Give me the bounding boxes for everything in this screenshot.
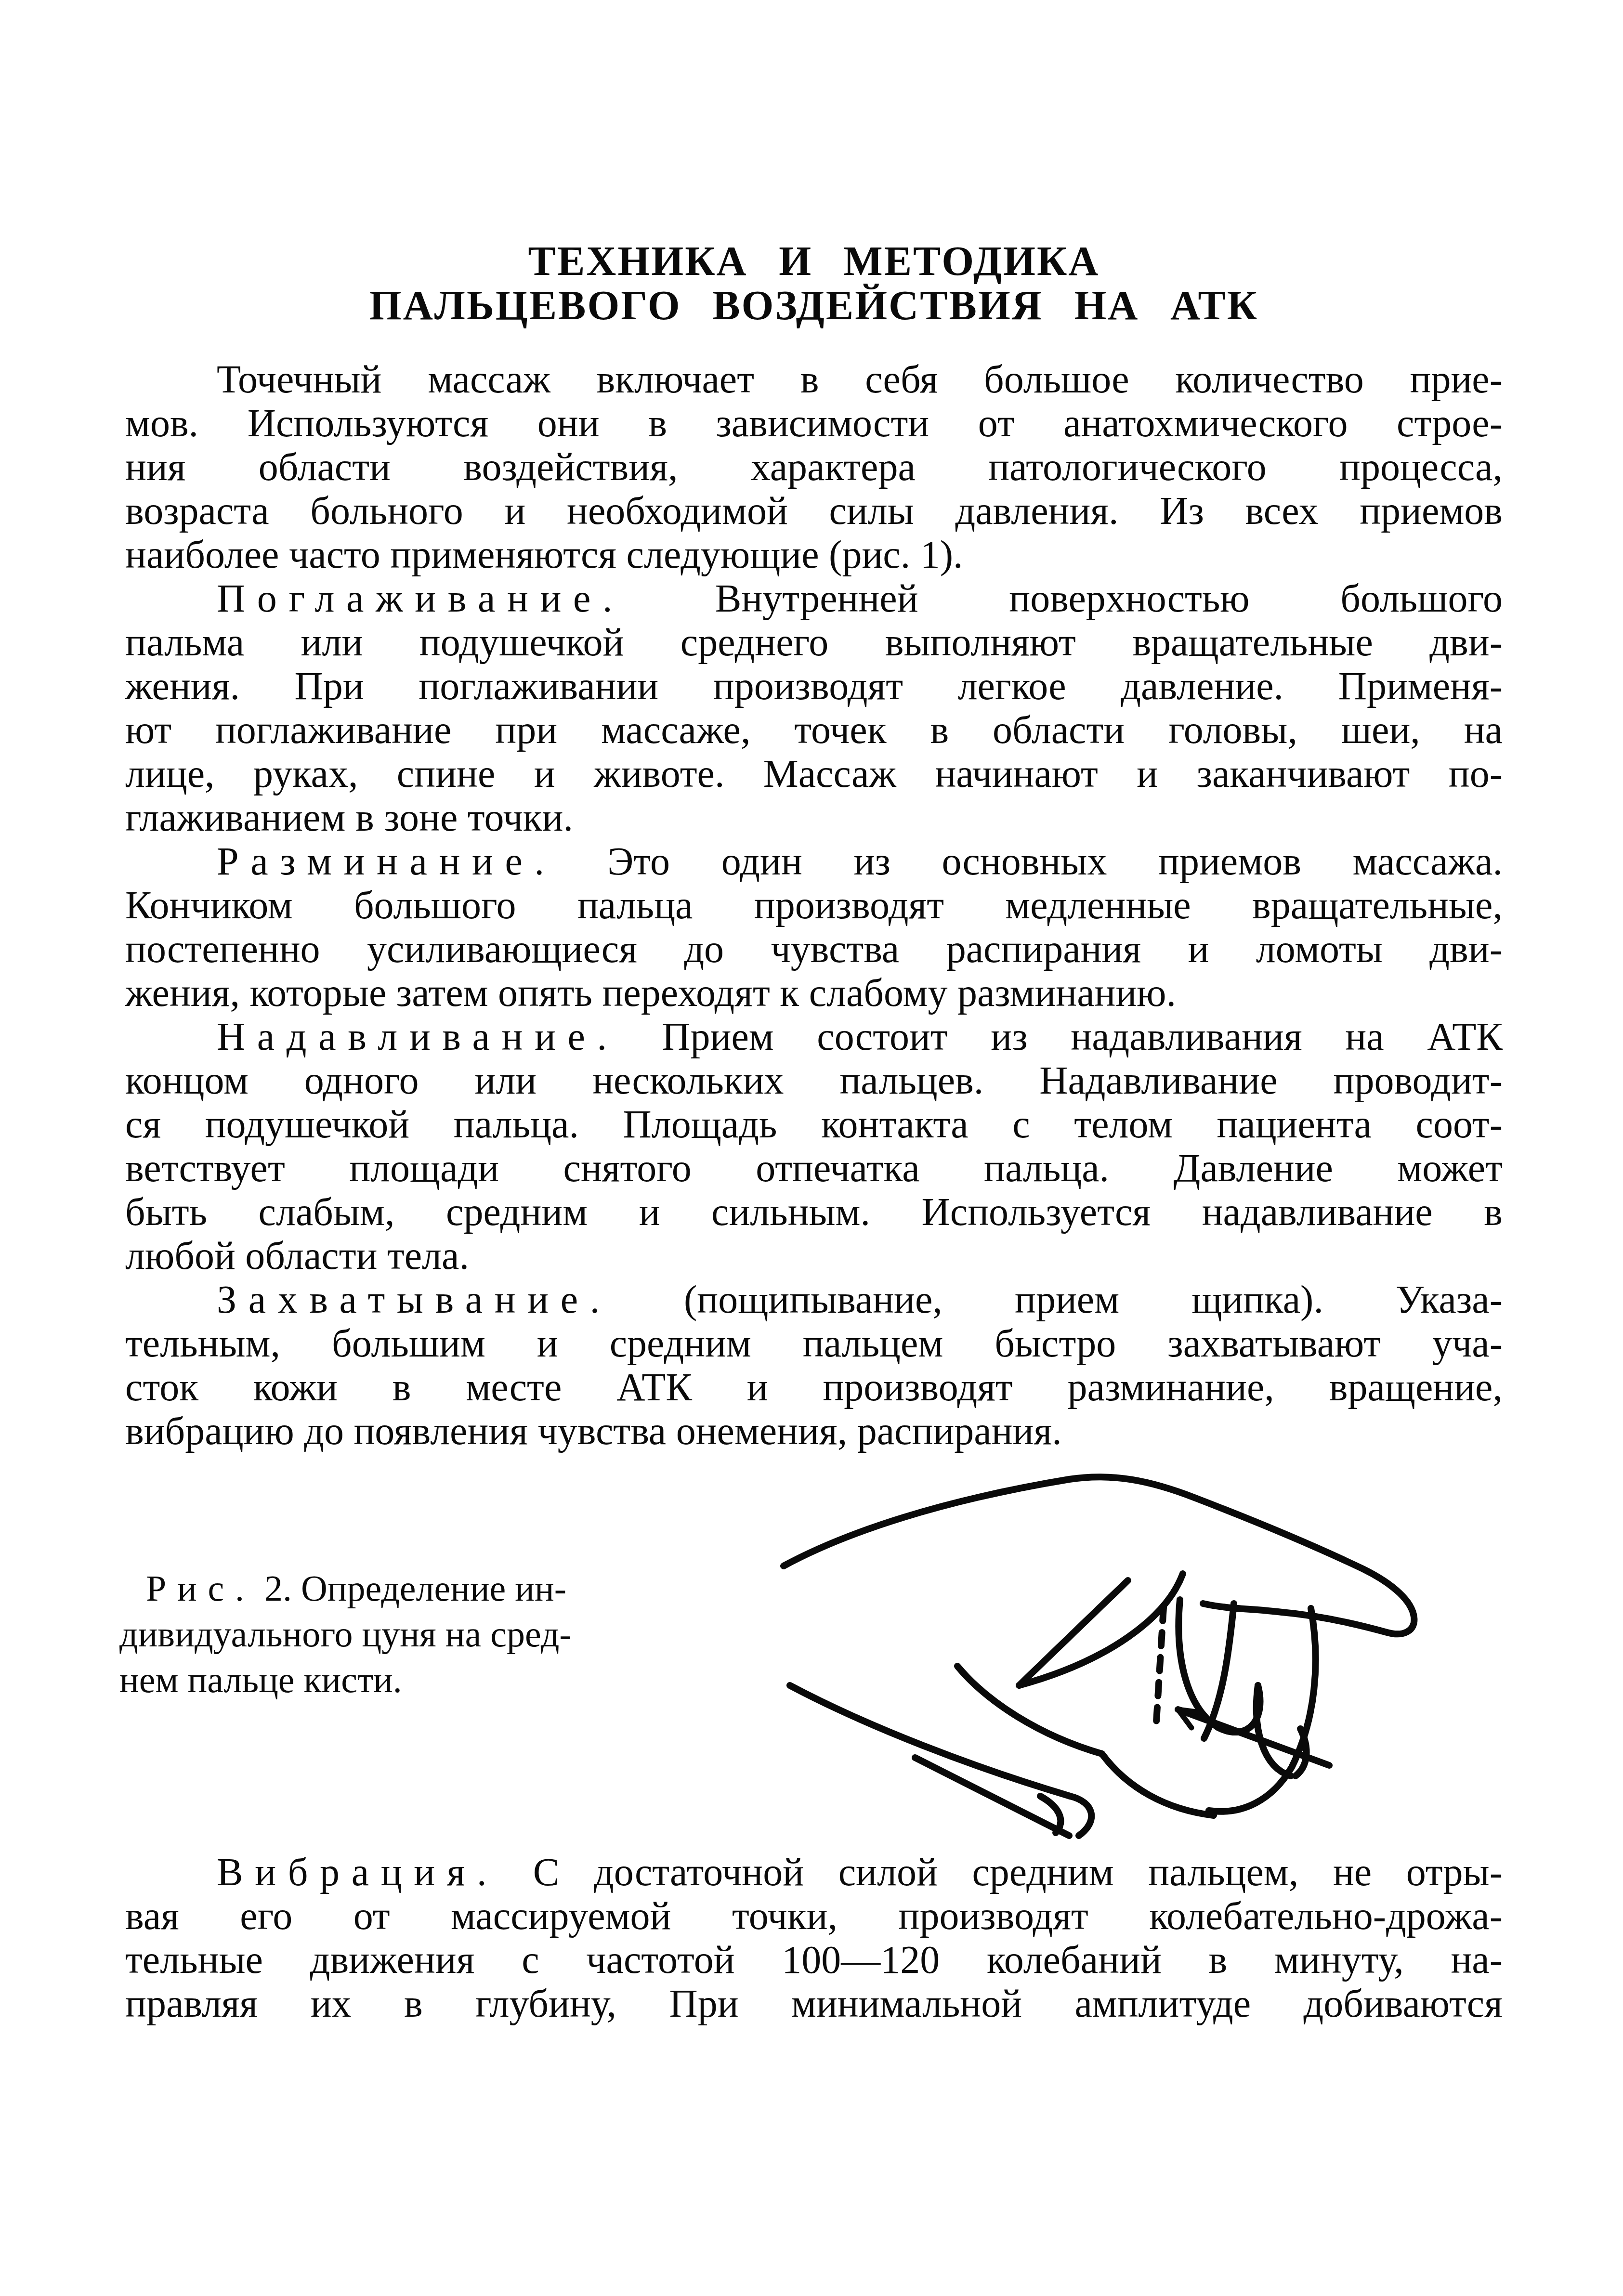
text-line: Вибрация. С достаточной силой средним па… [125,1850,1503,1894]
chapter-title-line-1: ТЕХНИКА И МЕТОДИКА [125,239,1503,283]
text-line: тельные движения с частотой 100—120 коле… [125,1938,1503,1982]
text-segment: Точечный массаж включает в себя большое … [217,357,1503,401]
text-segment: наиболее часто применяются следующие (ри… [125,533,963,576]
text-segment: ветствует площади снятого отпечатка паль… [125,1146,1503,1190]
letterspaced-term: Рис. [146,1568,255,1609]
text-segment: тельным, большим и средним пальцем быстр… [125,1321,1503,1365]
text-segment: ся подушечкой пальца. Площадь контакта с… [125,1102,1503,1146]
text-line: сток кожи в месте АТК и производят разми… [125,1365,1503,1409]
text-segment: концом одного или нескольких пальцев. На… [125,1058,1503,1102]
text-segment: жения, которые затем опять переходят к с… [125,971,1176,1015]
text-segment: вибрацию до появления чувства онемения, … [125,1409,1062,1453]
chapter-title: ТЕХНИКА И МЕТОДИКА ПАЛЬЦЕВОГО ВОЗДЕЙСТВИ… [125,239,1503,327]
text-segment: вая его от массируемой точки, производят… [125,1894,1503,1938]
text-line: концом одного или нескольких пальцев. На… [125,1058,1503,1102]
text-segment: лице, руках, спине и животе. Массаж начи… [125,752,1503,796]
letterspaced-term: Поглаживание. [217,576,624,620]
text-line: Точечный массаж включает в себя большое … [125,357,1503,401]
text-line: Поглаживание. Внутренней поверхностью бо… [125,576,1503,620]
text-line: ся подушечкой пальца. Площадь контакта с… [125,1102,1503,1146]
text-segment: любой области тела. [125,1234,469,1278]
text-segment: правляя их в глубину, При минимальной ам… [125,1982,1503,2025]
text-line: Рис. 2. Определение ин- [119,1566,693,1612]
text-line: возраста больного и необходимой силы дав… [125,489,1503,533]
text-segment: ют поглаживание при массаже, точек в обл… [125,708,1503,752]
hand-figure-illustration [771,1459,1483,1873]
text-segment: Прием состоит из надавливания на АТК [619,1015,1503,1058]
text-segment: пальма или подушечкой среднего выполняют… [125,620,1503,664]
text-line: глаживанием в зоне точки. [125,796,1503,839]
text-segment: сток кожи в месте АТК и производят разми… [125,1365,1503,1409]
vibration-paragraph-column: Вибрация. С достаточной силой средним па… [125,1850,1503,2025]
text-line: ют поглаживание при массаже, точек в обл… [125,708,1503,752]
text-segment: быть слабым, средним и сильным. Использу… [125,1190,1503,1234]
text-line: Разминание. Это один из основных приемов… [125,839,1503,883]
thumb-top-line [790,1685,1070,1796]
body-text-column: Точечный массаж включает в себя большое … [125,357,1503,1453]
letterspaced-term: Разминание. [217,839,556,883]
figure-caption: Рис. 2. Определение ин-дивидуального цун… [119,1566,693,1703]
scanned-book-page: ТЕХНИКА И МЕТОДИКА ПАЛЬЦЕВОГО ВОЗДЕЙСТВИ… [0,0,1623,2296]
index-underside-line [1203,1604,1282,1612]
text-segment: С достаточной силой средним пальцем, не … [498,1850,1503,1894]
text-segment: жения. При поглаживании производят легко… [125,664,1503,708]
letterspaced-term: Надавливание. [217,1015,619,1058]
text-segment: возраста больного и необходимой силы дав… [125,489,1503,533]
text-line: ветствует площади снятого отпечатка паль… [125,1146,1503,1190]
text-line: постепенно усиливающиеся до чувства расп… [125,927,1503,971]
chapter-title-line-2: ПАЛЬЦЕВОГО ВОЗДЕЙСТВИЯ НА АТК [125,283,1503,327]
text-line: тельным, большим и средним пальцем быстр… [125,1321,1503,1365]
text-line: наиболее часто применяются следующие (ри… [125,533,1503,576]
text-segment: тельные движения с частотой 100—120 коле… [125,1938,1503,1982]
text-segment: (пощипывание, прием щипка). Указа- [612,1278,1503,1321]
text-segment: Это один из основных приемов массажа. [556,839,1503,883]
cun-dashed-line [1156,1607,1164,1730]
text-line: вибрацию до появления чувства онемения, … [125,1409,1503,1453]
text-segment: Внутренней поверхностью большого [624,576,1503,620]
text-line: жения, которые затем опять переходят к с… [125,971,1503,1015]
text-line: мов. Используются они в зависимости от а… [125,401,1503,445]
text-line: дивидуального цуня на сред- [119,1612,693,1657]
letterspaced-term: Вибрация. [217,1850,498,1894]
text-line: пальма или подушечкой среднего выполняют… [125,620,1503,664]
bottom-contour [1102,1754,1214,1815]
text-line: жения. При поглаживании производят легко… [125,664,1503,708]
text-segment: ния области воздействия, характера патол… [125,445,1503,489]
text-line: любой области тела. [125,1234,1503,1278]
text-segment: нем пальце кисти. [119,1660,402,1700]
text-line: Кончиком большого пальца производят медл… [125,883,1503,927]
text-line: лице, руках, спине и животе. Массаж начи… [125,752,1503,796]
text-segment: дивидуального цуня на сред- [119,1614,572,1655]
text-line: Захватывание. (пощипывание, прием щипка)… [125,1278,1503,1321]
text-segment: постепенно усиливающиеся до чувства расп… [125,927,1503,971]
text-line: нем пальце кисти. [119,1657,693,1703]
text-line: Надавливание. Прием состоит из надавлива… [125,1015,1503,1058]
text-line: быть слабым, средним и сильным. Использу… [125,1190,1503,1234]
text-segment: Кончиком большого пальца производят медл… [125,883,1503,927]
text-segment: 2. Определение ин- [255,1568,566,1609]
text-line: ния области воздействия, характера патол… [125,445,1503,489]
text-segment: мов. Используются они в зависимости от а… [125,401,1503,445]
text-segment: глаживанием в зоне точки. [125,796,573,839]
text-line: правляя их в глубину, При минимальной ам… [125,1982,1503,2025]
letterspaced-term: Захватывание. [217,1278,612,1321]
text-line: вая его от массируемой точки, производят… [125,1894,1503,1938]
thumb-tip [1070,1796,1091,1836]
